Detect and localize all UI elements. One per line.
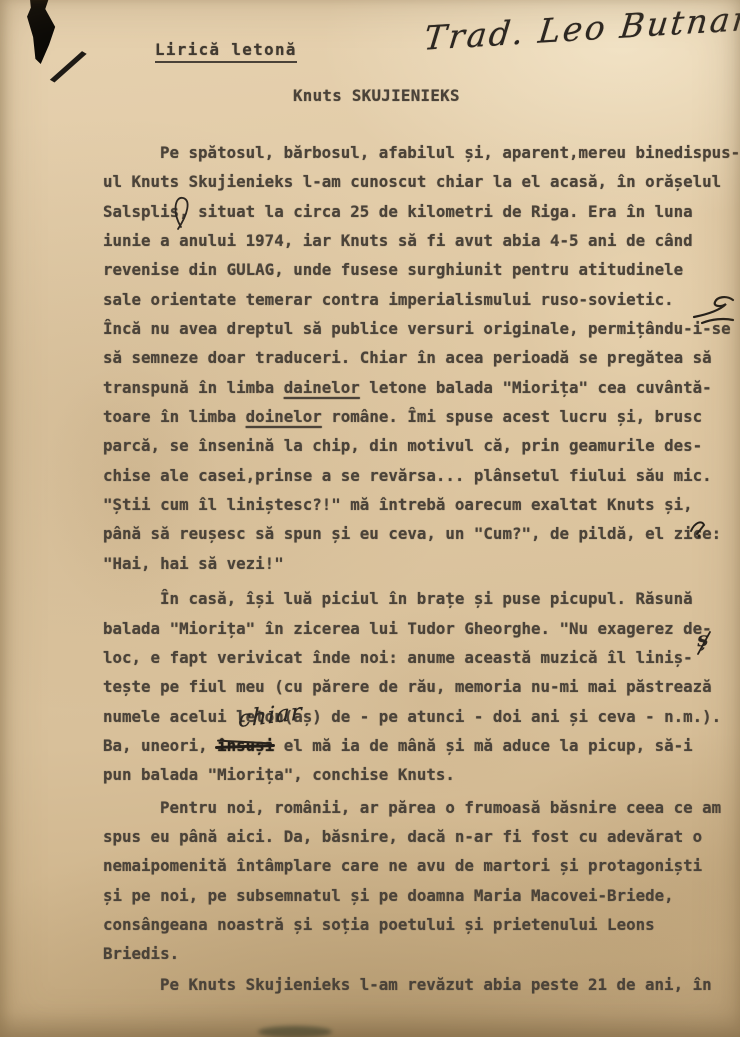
text-segment: să semneze doar traduceri. Chiar în acea… [103, 348, 712, 367]
text-segment: Pe spătosul, bărbosul, afabilul și, apar… [160, 143, 740, 162]
text-segment: și pe noi, pe subsemnatul și pe doamna M… [103, 886, 674, 905]
text-segment: pun balada "Miorița", conchise Knuts. [103, 765, 455, 784]
typewritten-line: transpună în limba dainelor letone balad… [103, 373, 740, 402]
typewritten-line: Salsplis, situat la circa 25 de kilometr… [103, 197, 740, 226]
typewritten-line: parcă, se însenină la chip, din motivul … [103, 431, 740, 460]
underline-word: doinelor [246, 407, 322, 426]
handwritten-translator-note: Trad. Leo Butnaru [422, 0, 740, 58]
text-segment: "Hai, hai să vezi!" [103, 554, 284, 573]
manuscript-page: { "colors": { "paper": "#dfc8a3", "typew… [0, 0, 740, 1037]
text-segment: iunie a anului 1974, iar Knuts să fi avu… [103, 231, 693, 250]
text-segment: Pentru noi, românii, ar părea o frumoasă… [160, 798, 721, 817]
typewritten-line: Pe Knuts Skujienieks l-am revăzut abia p… [103, 970, 740, 999]
text-segment: chise ale casei,prinse a se revărsa... p… [103, 466, 712, 485]
typewritten-line: nemaipomenită întâmplare care ne avu de … [103, 851, 740, 880]
typewritten-line: să semneze doar traduceri. Chiar în acea… [103, 343, 740, 372]
typewritten-line: "Hai, hai să vezi!" [103, 549, 740, 578]
text-segment: toare în limba [103, 407, 246, 426]
paragraph: Pentru noi, românii, ar părea o frumoasă… [103, 793, 740, 969]
typewritten-line: Pentru noi, românii, ar părea o frumoasă… [103, 793, 740, 822]
typewritten-line: Încă nu avea dreptul să publice versuri … [103, 314, 740, 343]
text-segment: numele acelui leton(aș) de - pe atunci -… [103, 707, 721, 726]
text-segment: "Știi cum îl liniștesc?!" mă întrebă oar… [103, 495, 693, 514]
text-segment: nemaipomenită întâmplare care ne avu de … [103, 856, 702, 875]
text-segment: spus eu până aici. Da, băsnire, dacă n-a… [103, 827, 702, 846]
text-segment: sale orientate temerar contra imperialis… [103, 290, 674, 309]
text-segment: În casă, își luă piciul în brațe și puse… [160, 589, 693, 608]
typewritten-line: loc, e fapt verivicat înde noi: anume ac… [103, 643, 740, 672]
text-segment: ul Knuts Skujienieks l-am cunoscut chiar… [103, 172, 721, 191]
typewritten-line: sale orientate temerar contra imperialis… [103, 285, 740, 314]
paragraph: Pe Knuts Skujienieks l-am revăzut abia p… [103, 970, 740, 999]
text-segment: el mă ia de mână și mă aduce la picup, s… [274, 736, 692, 755]
typewritten-line: balada "Miorița" în zicerea lui Tudor Gh… [103, 614, 740, 643]
text-segment: Ba, uneori, [103, 736, 217, 755]
typewritten-line: pun balada "Miorița", conchise Knuts. [103, 760, 740, 789]
typewritten-line: ul Knuts Skujienieks l-am cunoscut chiar… [103, 167, 740, 196]
text-segment: până să reușesc să spun și eu ceva, un "… [103, 524, 721, 543]
text-segment: balada "Miorița" în zicerea lui Tudor Gh… [103, 619, 712, 638]
paragraph: În casă, își luă piciul în brațe și puse… [103, 584, 740, 789]
handwritten-letter-correction: ș [696, 627, 709, 652]
text-segment: parcă, se însenină la chip, din motivul … [103, 436, 702, 455]
typewritten-line: tește pe fiul meu (cu părere de rău, mem… [103, 672, 740, 701]
text-segment: loc, e fapt verivicat înde noi: anume ac… [103, 648, 693, 667]
text-segment: Salsplis, situat la circa 25 de kilometr… [103, 202, 693, 221]
typewritten-line: numele acelui leton(aș) de - pe atunci -… [103, 702, 740, 731]
text-segment: transpună în limba [103, 378, 284, 397]
typewritten-line: chise ale casei,prinse a se revărsa... p… [103, 461, 740, 490]
typewritten-line: iunie a anului 1974, iar Knuts să fi avu… [103, 226, 740, 255]
paragraph: Pe spătosul, bărbosul, afabilul și, apar… [103, 138, 740, 578]
typewritten-line: Pe spătosul, bărbosul, afabilul și, apar… [103, 138, 740, 167]
typewritten-line: Briedis. [103, 939, 740, 968]
section-label: Lirică letonă [155, 40, 297, 63]
typewritten-line: toare în limba doinelor române. Îmi spus… [103, 402, 740, 431]
underline-word: dainelor [284, 378, 360, 397]
text-segment: Încă nu avea dreptul să publice versuri … [103, 319, 731, 338]
strike-word: însuși [217, 736, 274, 755]
bottom-edge-smudge [258, 1026, 332, 1037]
typewritten-line: În casă, își luă piciul în brațe și puse… [103, 584, 740, 613]
page-title: Knuts SKUJIENIEKS [293, 86, 460, 105]
typewritten-line: și pe noi, pe subsemnatul și pe doamna M… [103, 881, 740, 910]
typewritten-line: Ba, uneori, însuși el mă ia de mână și m… [103, 731, 740, 760]
typewritten-line: consângeana noastră și soția poetului și… [103, 910, 740, 939]
typewritten-line: revenise din GULAG, unde fusese surghiun… [103, 255, 740, 284]
typewritten-body: Pe spătosul, bărbosul, afabilul și, apar… [103, 138, 740, 999]
text-segment: române. Îmi spuse acest lucru și, brusc [322, 407, 702, 426]
text-segment: letone balada "Miorița" cea cuvântă- [360, 378, 712, 397]
torn-corner-ink-mark [24, 0, 62, 64]
text-segment: revenise din GULAG, unde fusese surghiun… [103, 260, 683, 279]
text-segment: tește pe fiul meu (cu părere de rău, mem… [103, 677, 712, 696]
text-segment: Briedis. [103, 944, 179, 963]
handwritten-page-mark: / [46, 36, 92, 96]
text-segment: Pe Knuts Skujienieks l-am revăzut abia p… [160, 975, 712, 994]
typewritten-line: "Știi cum îl liniștesc?!" mă întrebă oar… [103, 490, 740, 519]
typewritten-line: până să reușesc să spun și eu ceva, un "… [103, 519, 740, 548]
text-segment: consângeana noastră și soția poetului și… [103, 915, 655, 934]
typewritten-line: spus eu până aici. Da, băsnire, dacă n-a… [103, 822, 740, 851]
